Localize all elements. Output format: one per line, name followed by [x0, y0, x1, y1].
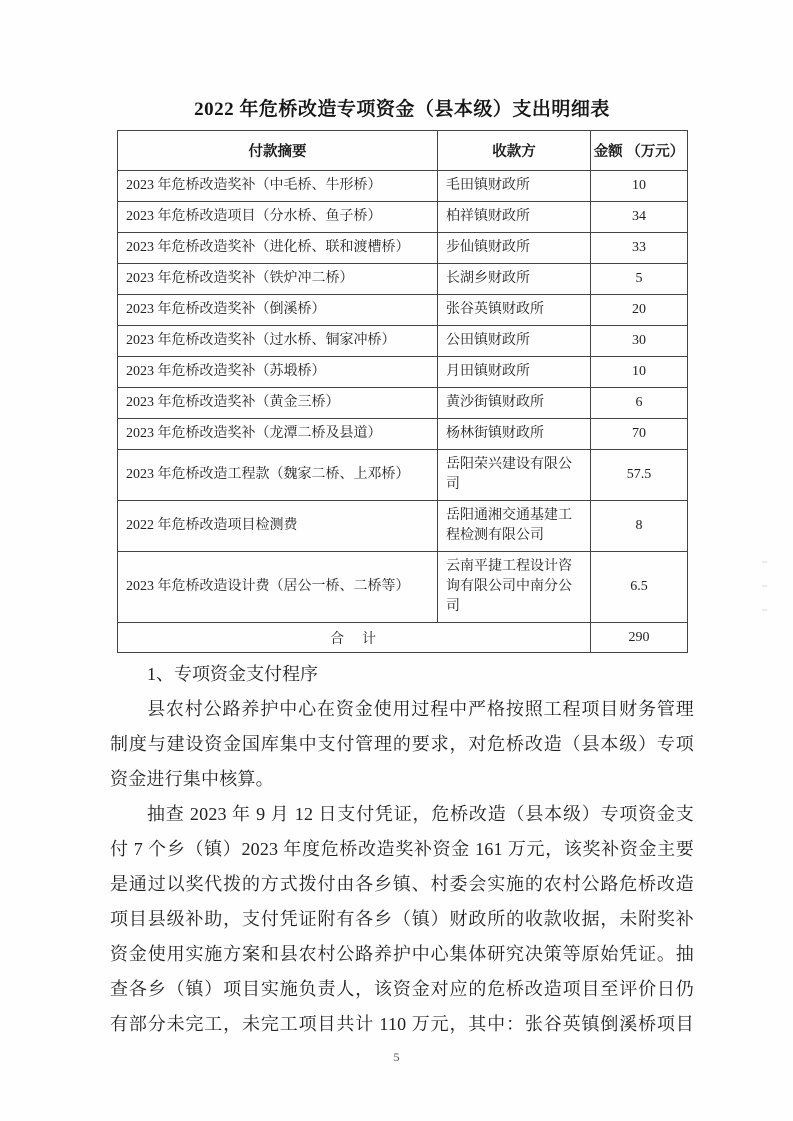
paragraph-line: 有部分未完工，未完工项目共计 110 万元，其中：张谷英镇倒溪桥项目	[110, 1007, 694, 1042]
row-amount: 57.5	[591, 450, 688, 501]
row-amount: 10	[591, 171, 688, 202]
row-summary: 2023 年危桥改造奖补（中毛桥、牛形桥）	[118, 171, 438, 202]
table-row: 2022 年危桥改造项目检测费岳阳通湘交通基建工程检测有限公司8	[118, 501, 688, 552]
row-summary: 2023 年危桥改造奖补（过水桥、铜家冲桥）	[118, 326, 438, 357]
row-amount: 70	[591, 419, 688, 450]
table-row: 2023 年危桥改造奖补（中毛桥、牛形桥）毛田镇财政所10	[118, 171, 688, 202]
paragraph: 县农村公路养护中心在资金使用过程中严格按照工程项目财务管理制度与建设资金国库集中…	[110, 692, 694, 797]
total-row: 合 计 290	[118, 623, 688, 653]
row-payee: 步仙镇财政所	[438, 233, 591, 264]
table-row: 2023 年危桥改造设计费（居公一桥、二桥等）云南平捷工程设计咨询有限公司中南分…	[118, 552, 688, 623]
paragraph-line: 资金使用实施方案和县农村公路养护中心集体研究决策等原始凭证。抽	[110, 937, 694, 972]
paragraph: 抽查 2023 年 9 月 12 日支付凭证，危桥改造（县本级）专项资金支付 7…	[110, 797, 694, 1042]
paragraph-line: 抽查 2023 年 9 月 12 日支付凭证，危桥改造（县本级）专项资金支	[110, 797, 694, 832]
row-summary: 2023 年危桥改造奖补（黄金三桥）	[118, 388, 438, 419]
table-header-row: 付款摘要 收款方 金额 （万元）	[118, 131, 688, 171]
section-heading: 1、专项资金支付程序	[110, 657, 694, 692]
document-content: 2022 年危桥改造专项资金（县本级）支出明细表 付款摘要 收款方 金额 （万元…	[110, 97, 694, 1042]
paragraph-line: 是通过以奖代拨的方式拨付由各乡镇、村委会实施的农村公路危桥改造	[110, 867, 694, 902]
table-row: 2023 年危桥改造奖补（过水桥、铜家冲桥）公田镇财政所30	[118, 326, 688, 357]
column-header-amount: 金额 （万元）	[591, 131, 688, 171]
row-summary: 2022 年危桥改造项目检测费	[118, 501, 438, 552]
row-summary: 2023 年危桥改造设计费（居公一桥、二桥等）	[118, 552, 438, 623]
row-summary: 2023 年危桥改造奖补（倒溪桥）	[118, 295, 438, 326]
row-summary: 2023 年危桥改造奖补（铁炉冲二桥）	[118, 264, 438, 295]
row-payee: 张谷英镇财政所	[438, 295, 591, 326]
total-label: 合 计	[118, 623, 591, 653]
table-row: 2023 年危桥改造奖补（进化桥、联和渡槽桥）步仙镇财政所33	[118, 233, 688, 264]
total-amount: 290	[591, 623, 688, 653]
row-summary: 2023 年危桥改造奖补（进化桥、联和渡槽桥）	[118, 233, 438, 264]
row-amount: 34	[591, 202, 688, 233]
table-row: 2023 年危桥改造奖补（黄金三桥）黄沙街镇财政所6	[118, 388, 688, 419]
paragraphs: 县农村公路养护中心在资金使用过程中严格按照工程项目财务管理制度与建设资金国库集中…	[110, 692, 694, 1042]
row-payee: 杨林街镇财政所	[438, 419, 591, 450]
row-amount: 20	[591, 295, 688, 326]
page-number: 5	[0, 1050, 793, 1065]
table-header: 付款摘要 收款方 金额 （万元）	[118, 131, 688, 171]
body-text: 1、专项资金支付程序 县农村公路养护中心在资金使用过程中严格按照工程项目财务管理…	[110, 657, 694, 1042]
table-row: 2023 年危桥改造项目（分水桥、鱼子桥）柏祥镇财政所34	[118, 202, 688, 233]
row-summary: 2023 年危桥改造工程款（魏家二桥、上邓桥）	[118, 450, 438, 501]
row-payee: 公田镇财政所	[438, 326, 591, 357]
row-amount: 5	[591, 264, 688, 295]
table-row: 2023 年危桥改造奖补（龙潭二桥及县道）杨林街镇财政所70	[118, 419, 688, 450]
table-footer: 合 计 290	[118, 623, 688, 653]
row-amount: 10	[591, 357, 688, 388]
row-summary: 2023 年危桥改造奖补（龙潭二桥及县道）	[118, 419, 438, 450]
table-row: 2023 年危桥改造奖补（铁炉冲二桥）长湖乡财政所5	[118, 264, 688, 295]
row-summary: 2023 年危桥改造项目（分水桥、鱼子桥）	[118, 202, 438, 233]
row-amount: 6	[591, 388, 688, 419]
paragraph-line: 查各乡（镇）项目实施负责人，该资金对应的危桥改造项目至评价日仍	[110, 972, 694, 1007]
row-payee: 长湖乡财政所	[438, 264, 591, 295]
paragraph-line: 县农村公路养护中心在资金使用过程中严格按照工程项目财务管理	[110, 692, 694, 727]
table-row: 2023 年危桥改造奖补（苏塅桥）月田镇财政所10	[118, 357, 688, 388]
paragraph-line: 付 7 个乡（镇）2023 年度危桥改造奖补资金 161 万元，该奖补资金主要	[110, 832, 694, 867]
paragraph-line: 项目县级补助，支付凭证附有各乡（镇）财政所的收款收据，未附奖补	[110, 902, 694, 937]
row-amount: 33	[591, 233, 688, 264]
row-payee: 岳阳荣兴建设有限公司	[438, 450, 591, 501]
column-header-summary: 付款摘要	[118, 131, 438, 171]
document-page: 2022 年危桥改造专项资金（县本级）支出明细表 付款摘要 收款方 金额 （万元…	[0, 0, 793, 1121]
expenditure-table: 付款摘要 收款方 金额 （万元） 2023 年危桥改造奖补（中毛桥、牛形桥）毛田…	[117, 130, 688, 653]
column-header-payee: 收款方	[438, 131, 591, 171]
row-amount: 8	[591, 501, 688, 552]
row-summary: 2023 年危桥改造奖补（苏塅桥）	[118, 357, 438, 388]
paragraph-line: 制度与建设资金国库集中支付管理的要求，对危桥改造（县本级）专项	[110, 727, 694, 762]
row-payee: 月田镇财政所	[438, 357, 591, 388]
row-payee: 柏祥镇财政所	[438, 202, 591, 233]
row-amount: 30	[591, 326, 688, 357]
row-payee: 云南平捷工程设计咨询有限公司中南分公司	[438, 552, 591, 623]
table-row: 2023 年危桥改造工程款（魏家二桥、上邓桥）岳阳荣兴建设有限公司57.5	[118, 450, 688, 501]
table-row: 2023 年危桥改造奖补（倒溪桥）张谷英镇财政所20	[118, 295, 688, 326]
row-payee: 黄沙街镇财政所	[438, 388, 591, 419]
row-payee: 毛田镇财政所	[438, 171, 591, 202]
scan-artifact-mark	[762, 552, 767, 630]
paragraph-line: 资金进行集中核算。	[110, 762, 694, 797]
row-payee: 岳阳通湘交通基建工程检测有限公司	[438, 501, 591, 552]
row-amount: 6.5	[591, 552, 688, 623]
table-body: 2023 年危桥改造奖补（中毛桥、牛形桥）毛田镇财政所102023 年危桥改造项…	[118, 171, 688, 623]
table-title: 2022 年危桥改造专项资金（县本级）支出明细表	[110, 97, 694, 123]
